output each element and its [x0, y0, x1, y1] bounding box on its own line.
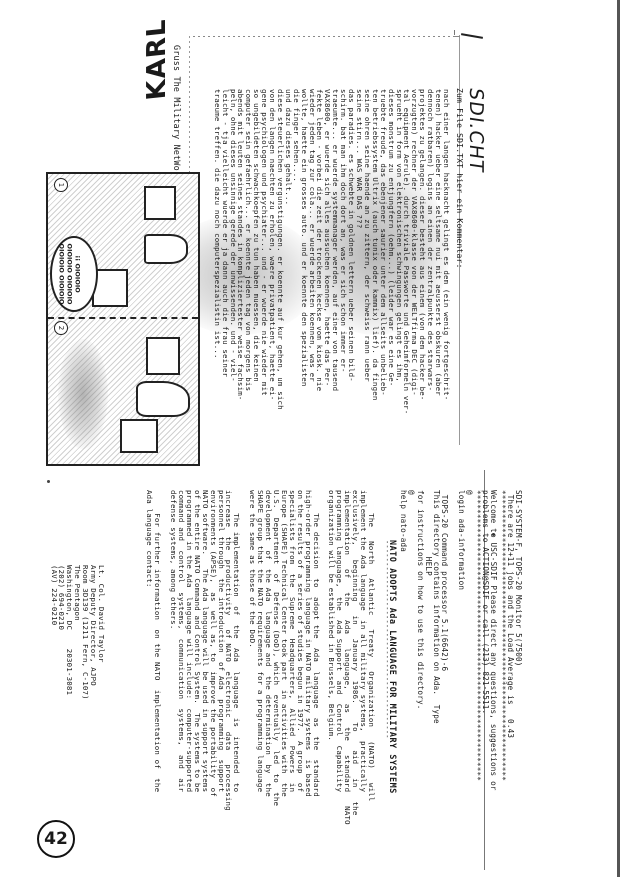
handwritten-title: SDI.CHT — [465, 86, 487, 174]
text-line: programming language, the Ada Support an… — [335, 490, 343, 825]
cartoon-computer — [120, 419, 158, 453]
text-line: ****************************************… — [473, 490, 481, 791]
text-line: leicht - tja vielleicht wuerde er ja dan… — [221, 89, 229, 414]
text-line: U.S. Department of Defense (DoD), which … — [272, 490, 280, 825]
text-line: were the same as those of the DoD. — [248, 490, 256, 825]
text-line: environments (APSE), as well as, to impr… — [209, 490, 217, 825]
text-line: projektes zu gelangen. dieser besteht au… — [418, 89, 426, 414]
text-line: ****************************************… — [497, 490, 505, 791]
text-line: wieder jeden tag zur cola... er wuerde a… — [308, 89, 316, 414]
text-line: NATO software. The Ada language will be … — [201, 490, 209, 825]
text-line: @ — [465, 490, 473, 791]
text-line: implementation of the Ada language, as t… — [343, 490, 351, 825]
cartoon-figure — [144, 234, 188, 264]
text-line: For further information on the NATO impl… — [153, 490, 161, 825]
nato-paragraph: The implementation of the Ada language i… — [169, 490, 240, 825]
text-line: schirm. bat man ihm doch dort an, was er… — [339, 89, 347, 414]
text-line: das paradies. es schwebte in goldnen let… — [347, 89, 355, 414]
speech-bubble: OIOIOIO OIOIOIO OIOIOIO OIOIOIO OIOIOIO … — [50, 236, 98, 312]
text-line: fekte leben - vorbei die zeit der trocke… — [316, 89, 324, 414]
text-line: wollte, haette ein grosses auto. und er … — [300, 89, 308, 414]
text-line: gene psychiologen und psychiater... und … — [260, 89, 268, 414]
panel-number: 2 — [54, 321, 68, 335]
text-line: There are 12+11 jobs and the Load Averag… — [506, 490, 514, 791]
cartoon-monitor — [146, 337, 180, 375]
margin-mark — [454, 30, 455, 35]
nato-article-body: The North Atlantic Treaty Organization (… — [137, 490, 375, 825]
text-line: peln, ohne dieses unsinnige gerede der u… — [229, 89, 237, 414]
article-intro: Zum File SDI.TXT hier ein Kommentar: — [455, 88, 463, 269]
contact-block: Lt. Col. David TaylorArmy Deputy Directo… — [50, 565, 105, 700]
left-dashed-margin — [190, 36, 455, 37]
text-line: login ada-information — [456, 490, 464, 791]
text-line: HELP — [424, 490, 432, 791]
text-line: dieses monstrum zu entjungfern (oehm...)… — [387, 89, 395, 414]
text-line: on the results of a series of studies be… — [296, 490, 304, 825]
terminal-session: SDI-SYSTEM-F, TOPS-20 Monitor 5(7500) Th… — [399, 490, 522, 791]
nato-paragraph: For further information on the NATO impl… — [145, 490, 161, 825]
text-line: tenen) hacker ueber eine seltsame nui mi… — [434, 89, 442, 414]
text-line: SHAPE group that the NATO requirements f… — [256, 490, 264, 825]
text-line: die finger sehen.... — [292, 89, 300, 414]
text-line: command and control systems, communicati… — [177, 490, 185, 825]
text-line: of the entire NATO Command and Control S… — [193, 490, 201, 825]
bubble-line: OIOIOIO OIOIOIO — [58, 238, 66, 310]
text-line: ten betriebssystem Ultrix (auch tunix od… — [371, 89, 379, 414]
text-line: dennoch ratbaren) logins an einen der ze… — [426, 89, 434, 414]
text-line: The Pentagon — [73, 565, 81, 700]
text-line: Welcome to USC-SDIF Please direct any qu… — [489, 490, 497, 791]
german-text-block: nach einer langen hacknacht gelingt es d… — [213, 89, 450, 414]
text-line: traeumte... er wuerde systemmanager werd… — [331, 89, 339, 414]
text-line: exclusively, beginning in January 1986. … — [351, 490, 359, 825]
text-line: increase the productivity of NATO electr… — [225, 490, 233, 825]
text-line: Europe (SHAPE) Technical Center took par… — [280, 490, 288, 825]
text-line: problems to ACTION@SDIF or call (213) 82… — [481, 490, 489, 791]
text-line: (AV) 224-0210 — [50, 565, 58, 700]
text-line: @ — [407, 490, 415, 791]
text-line: The decision to adopt the Ada language a… — [312, 490, 320, 825]
nato-paragraph: The decision to adopt the Ada language a… — [248, 490, 319, 825]
cartoon-strip: OIOIOIO OIOIOIO OIOIOIO OIOIOIO OIOIOIO … — [46, 172, 200, 466]
text-line: nach einer langen hacknacht gelingt es d… — [442, 89, 450, 414]
cartoon-monitor — [144, 186, 176, 220]
nato-paragraph: The North Atlantic Treaty Organization (… — [328, 490, 375, 825]
heading-underline: ----------------------------------------… — [382, 540, 390, 739]
text-line: programmed in the Ada language will incl… — [185, 490, 193, 825]
text-line: und dazu dieses gehalt... — [284, 89, 292, 414]
cartoon-panel-1: OIOIOIO OIOIOIO OIOIOIO OIOIOIO OIOIOIO … — [48, 174, 198, 319]
bubble-line: OIOIOIO OIOIOIO — [66, 238, 74, 310]
text-line: implement the Ada language in all milita… — [359, 490, 367, 825]
text-line: high-order programming language in NATO … — [304, 490, 312, 825]
text-line: VAX8600, er wuerde sich alles aussuchen … — [324, 89, 332, 414]
text-line: The North Atlantic Treaty Organization (… — [367, 490, 375, 825]
text-line: computer sein gefaehrlich... er koennte … — [244, 89, 252, 414]
text-line: Army Deputy Director, AJPO — [89, 565, 97, 700]
text-line: truebte freude, das ebenjener saurier un… — [379, 89, 387, 414]
panel-number: 1 — [54, 178, 68, 192]
text-line: so ungebildeten schwachkoepfen zu tun ha… — [252, 89, 260, 414]
text-line: specialists from the Supreme Headquarter… — [288, 490, 296, 825]
text-line: diese steuerlichen vergunstigungen. er k… — [276, 89, 284, 414]
scan-dot — [47, 480, 50, 483]
text-line: The implementation of the Ada language i… — [233, 490, 241, 825]
text-line — [448, 490, 456, 791]
cartoon-figure — [136, 381, 190, 417]
text-line: seine stirn... WAS WAR DAS ??? — [355, 89, 363, 414]
handwritten-mark — [461, 33, 483, 39]
text-line: Washington, DC 20301-3081 — [65, 565, 73, 700]
text-line: development of the Ada language and the … — [264, 490, 272, 825]
text-line: seine ohren seine haende an zu zittern, … — [363, 89, 371, 414]
text-line: sprueht in form von elektronischen schwi… — [395, 89, 403, 414]
text-line: (202) 694-0210 — [58, 565, 66, 700]
scan-smudge — [58, 339, 108, 449]
cartoon-panel-2: 2 — [48, 319, 198, 462]
text-line: TOPS-20 Command processor 5.1(6642)-6 — [440, 490, 448, 791]
text-line: tal equipment Aerule). durch triviale Pa… — [403, 89, 411, 414]
text-line: Ada language contact: — [145, 490, 153, 825]
text-line: Lt. Col. David Taylor — [97, 565, 105, 700]
text-line: Room 3D139 (1211 Fern, C-107) — [81, 565, 89, 700]
text-line: for instructions on how to use this dire… — [415, 490, 423, 791]
text-line: This directory contains information on A… — [432, 490, 440, 791]
text-line: traeume treffen. die dazu noch computers… — [213, 89, 221, 414]
scanned-page: SDI.CHT Zum File SDI.TXT hier ein Kommen… — [0, 0, 620, 877]
text-line: vorzugten) rechner der VAX8600-klasse vo… — [410, 89, 418, 414]
signature: KARL — [142, 38, 172, 101]
text-line: organization will be established in Brus… — [328, 490, 336, 825]
text-line: von den langen naechten zu erholen, waer… — [268, 89, 276, 414]
page-number: 42 — [37, 820, 75, 858]
text-line: personnel through the introduction of Ad… — [217, 490, 225, 825]
text-line: SDI-SYSTEM-F, TOPS-20 Monitor 5(7500) — [514, 490, 522, 791]
text-line: abends mit leuten seines standes in komp… — [237, 89, 245, 414]
text-line: defense systems, among others. — [169, 490, 177, 825]
bubble-line: OIOIOIO !! — [74, 238, 82, 310]
text-line: help nato-ada — [399, 490, 407, 791]
